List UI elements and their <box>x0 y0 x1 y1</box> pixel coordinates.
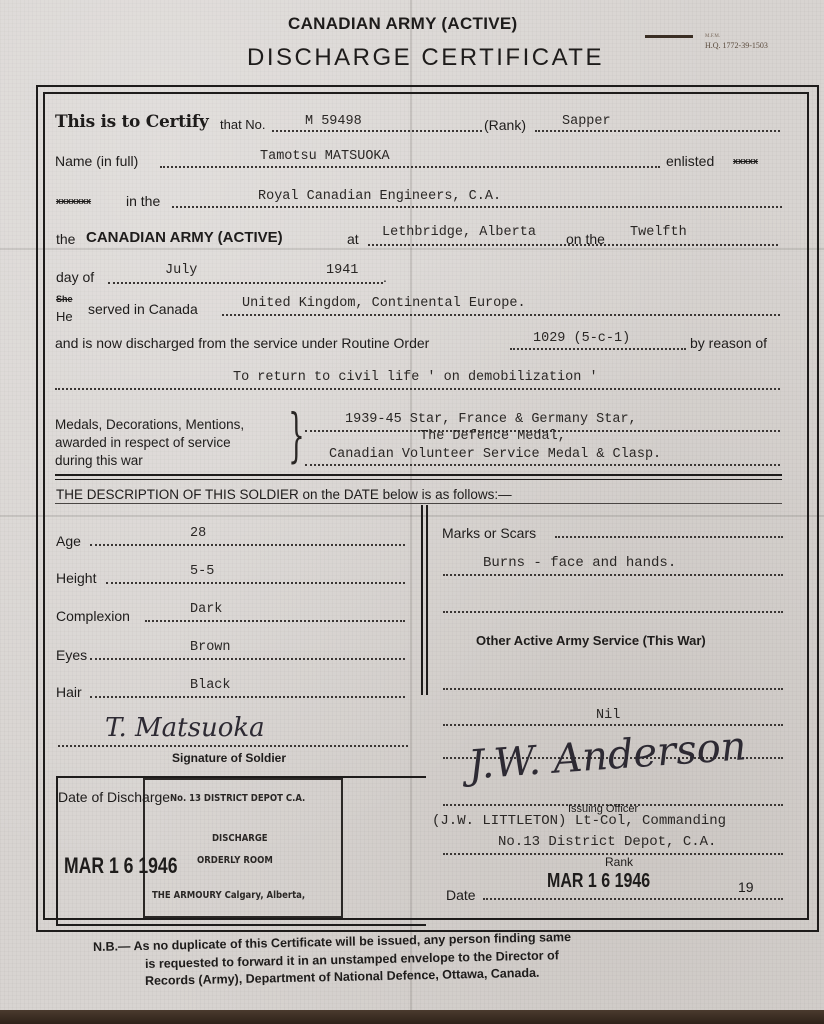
other-service-label: Other Active Army Service (This War) <box>476 634 706 647</box>
marks-label: Marks or Scars <box>442 526 536 540</box>
age-value: 28 <box>190 527 206 541</box>
service-number: M 59498 <box>305 115 362 129</box>
served-label: served in Canada <box>88 302 198 316</box>
rank-value: Sapper <box>562 115 611 129</box>
no-label: that No. <box>220 118 266 131</box>
served-value: United Kingdom, Continental Europe. <box>242 297 526 311</box>
period: . <box>383 270 387 284</box>
complexion-label: Complexion <box>56 609 130 623</box>
discharge-date-label: Date of Discharge <box>58 790 170 804</box>
army-heading: CANADIAN ARMY (ACTIVE) <box>288 14 517 34</box>
medals-label-3: during this war <box>55 454 143 468</box>
stamp-line-3: ORDERLY ROOM <box>197 855 273 866</box>
enlist-month: July <box>165 264 197 278</box>
name-label: Name (in full) <box>55 154 138 168</box>
ink-mark <box>645 35 693 38</box>
marks-value: Burns - face and hands. <box>483 556 676 570</box>
stamp-line-2: DISCHARGE <box>212 833 268 844</box>
year-prefix: 19 <box>738 880 754 894</box>
struck-text: xxxxxxx <box>56 197 91 206</box>
unit-label: in the <box>126 194 160 208</box>
medal-1: 1939-45 Star, France & Germany Star, <box>345 413 637 427</box>
enlist-day: Twelfth <box>630 226 687 240</box>
stamp-line-4: THE ARMOURY Calgary, Alberta, <box>152 890 305 901</box>
form-code: H.Q. 1772-39-1503 <box>705 41 768 50</box>
discharge-label: and is now discharged from the service u… <box>55 336 429 350</box>
soldier-signature: T. Matsuoka <box>105 713 265 743</box>
signature-label: Signature of Soldier <box>172 752 286 764</box>
complexion-value: Dark <box>190 603 222 617</box>
description-heading: THE DESCRIPTION OF THIS SOLDIER on the D… <box>56 488 512 502</box>
enlist-year: 1941 <box>326 264 358 278</box>
medal-2: The Defence Medal, <box>420 430 566 444</box>
day-of-label: day of <box>56 270 94 284</box>
eyes-value: Brown <box>190 641 231 655</box>
height-value: 5-5 <box>190 565 214 579</box>
medals-label-2: awarded in respect of service <box>55 436 231 450</box>
pronoun: He <box>56 310 73 323</box>
eyes-label: Eyes <box>56 648 87 662</box>
certificate-title: DISCHARGE CERTIFICATE <box>247 44 604 72</box>
date-label: Date <box>446 888 476 902</box>
discharge-reason: To return to civil life ' on demobilizat… <box>233 371 598 385</box>
hair-value: Black <box>190 679 231 693</box>
army-name: CANADIAN ARMY (ACTIVE) <box>86 230 283 245</box>
height-label: Height <box>56 571 96 585</box>
hair-label: Hair <box>56 685 82 699</box>
at-label: at <box>347 232 359 246</box>
on-the-label: on the <box>566 232 605 246</box>
struck-text: She <box>56 295 73 304</box>
stamp-line-1: No. 13 DISTRICT DEPOT C.A. <box>170 793 305 804</box>
officer-typed-1: (J.W. LITTLETON) Lt-Col, Commanding <box>432 814 726 828</box>
struck-text: xxxxx <box>733 157 758 166</box>
medal-3: Canadian Volunteer Service Medal & Clasp… <box>329 448 661 462</box>
other-service-value: Nil <box>596 709 620 723</box>
the-label: the <box>56 232 75 246</box>
officer-typed-2: No.13 District Depot, C.A. <box>498 835 716 849</box>
medals-label-1: Medals, Decorations, Mentions, <box>55 418 244 432</box>
full-name: Tamotsu MATSUOKA <box>260 150 390 164</box>
rank-label: (Rank) <box>484 118 526 132</box>
enlisted-label: enlisted <box>666 154 714 168</box>
certify-intro: This is to Certify <box>55 114 208 131</box>
discharge-date-stamp: MAR 1 6 1946 <box>64 853 177 879</box>
age-label: Age <box>56 534 81 548</box>
form-code-small: M.F.M. <box>705 34 720 39</box>
rank-caption: Rank <box>605 856 633 868</box>
brace: } <box>288 406 305 464</box>
routine-order: 1029 (5-c-1) <box>533 332 630 346</box>
reason-label: by reason of <box>690 336 767 350</box>
unit-value: Royal Canadian Engineers, C.A. <box>258 190 501 204</box>
table-surface <box>0 1010 824 1024</box>
enlist-place: Lethbridge, Alberta <box>382 226 536 240</box>
officer-date-stamp: MAR 1 6 1946 <box>547 870 650 893</box>
